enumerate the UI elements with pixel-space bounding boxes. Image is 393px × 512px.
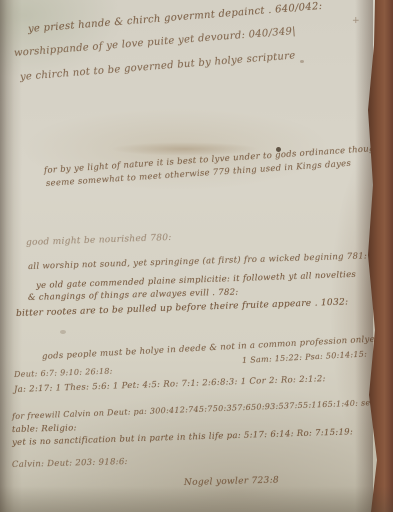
manuscript-line: Deut: 6:7: 9:10: 26:18: [14,367,113,379]
manuscript-line: all worship not sound, yet springinge (a… [28,251,367,272]
manuscript-page-photo: ye priest hande & chirch govermnt depain… [0,0,393,512]
manuscript-text-layer: ye priest hande & chirch govermnt depain… [0,0,393,512]
manuscript-line: 1 Sam: 15:22: Psa: 50:14:15: [242,349,368,365]
manuscript-line: for freewill Calvin on Deut: pa: 300:412… [12,398,388,421]
manuscript-line: table: Religio: [12,423,77,435]
bottom-page-shadow [0,486,393,512]
manuscript-line: good might be nourished 780: [26,233,172,248]
manuscript-line: Calvin: Deut: 203: 918:6: [12,457,128,470]
